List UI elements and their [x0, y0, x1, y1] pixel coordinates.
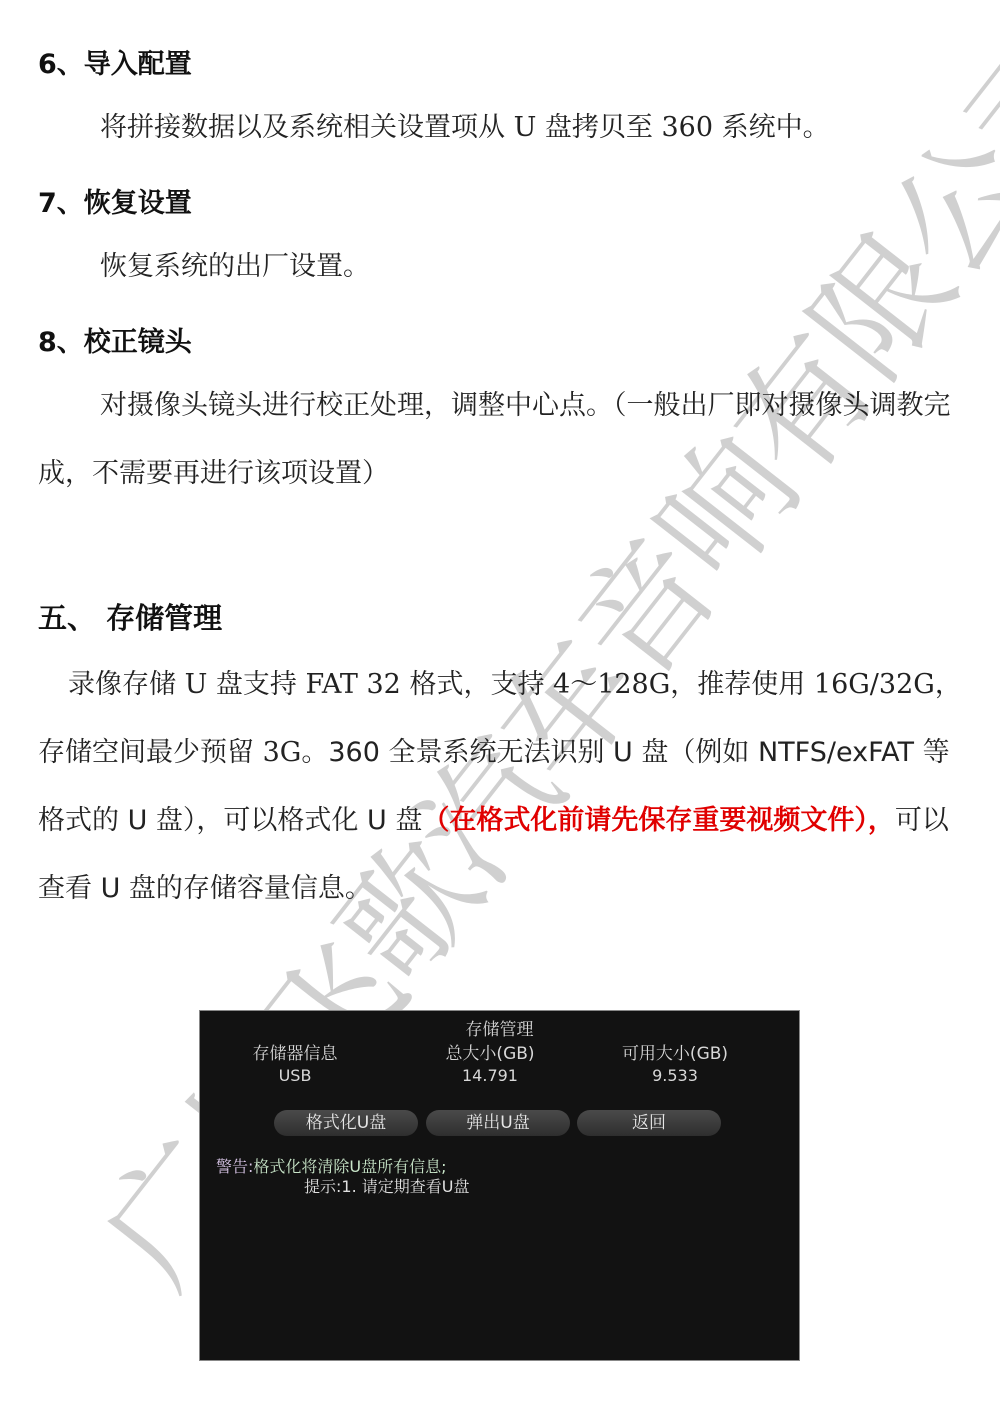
warning-text: 格式化将清除U盘所有信息; [253, 1157, 446, 1176]
warning-label: 警告: [216, 1157, 253, 1176]
panel-title: 存储管理 [200, 1015, 799, 1040]
total-size-value: 14.791 [425, 1065, 555, 1087]
section-heading-import: 6、导入配置 [38, 42, 192, 81]
backup-warning: （在格式化前请先保存重要视频文件）， [422, 805, 895, 836]
free-size-column: 可用大小(GB) 9.533 [600, 1043, 750, 1087]
tip-text: 提示:1. 请定期查看U盘 [304, 1177, 469, 1197]
free-size-value: 9.533 [600, 1065, 750, 1087]
storage-management-screenshot: 存储管理 存储器信息 USB 总大小(GB) 14.791 可用大小(GB) 9… [199, 1010, 800, 1361]
storage-info-value: USB [230, 1065, 360, 1087]
back-button[interactable]: 返回 [577, 1110, 721, 1136]
chapter-heading-storage: 五、 存储管理 [38, 596, 222, 637]
total-size-column: 总大小(GB) 14.791 [425, 1043, 555, 1087]
format-usb-button[interactable]: 格式化U盘 [274, 1110, 418, 1136]
storage-info-column: 存储器信息 USB [230, 1043, 360, 1087]
total-size-label: 总大小(GB) [425, 1043, 555, 1065]
storage-info-label: 存储器信息 [230, 1043, 360, 1065]
eject-usb-button[interactable]: 弹出U盘 [426, 1110, 570, 1136]
chapter-body: 录像存储 U 盘支持 FAT 32 格式，支持 4～128G，推荐使用 16G/… [38, 651, 964, 923]
section-body-calibrate: 对摄像头镜头进行校正处理，调整中心点。（一般出厂即对摄像头调教完成，不需要再进行… [38, 372, 964, 508]
section-body-restore: 恢复系统的出厂设置。 [38, 233, 964, 301]
section-body-import: 将拼接数据以及系统相关设置项从 U 盘拷贝至 360 系统中。 [38, 94, 964, 162]
free-size-label: 可用大小(GB) [600, 1043, 750, 1065]
section-heading-calibrate: 8、校正镜头 [38, 320, 192, 359]
section-heading-restore: 7、恢复设置 [38, 181, 192, 220]
format-warning: 警告:格式化将清除U盘所有信息; [216, 1157, 447, 1177]
